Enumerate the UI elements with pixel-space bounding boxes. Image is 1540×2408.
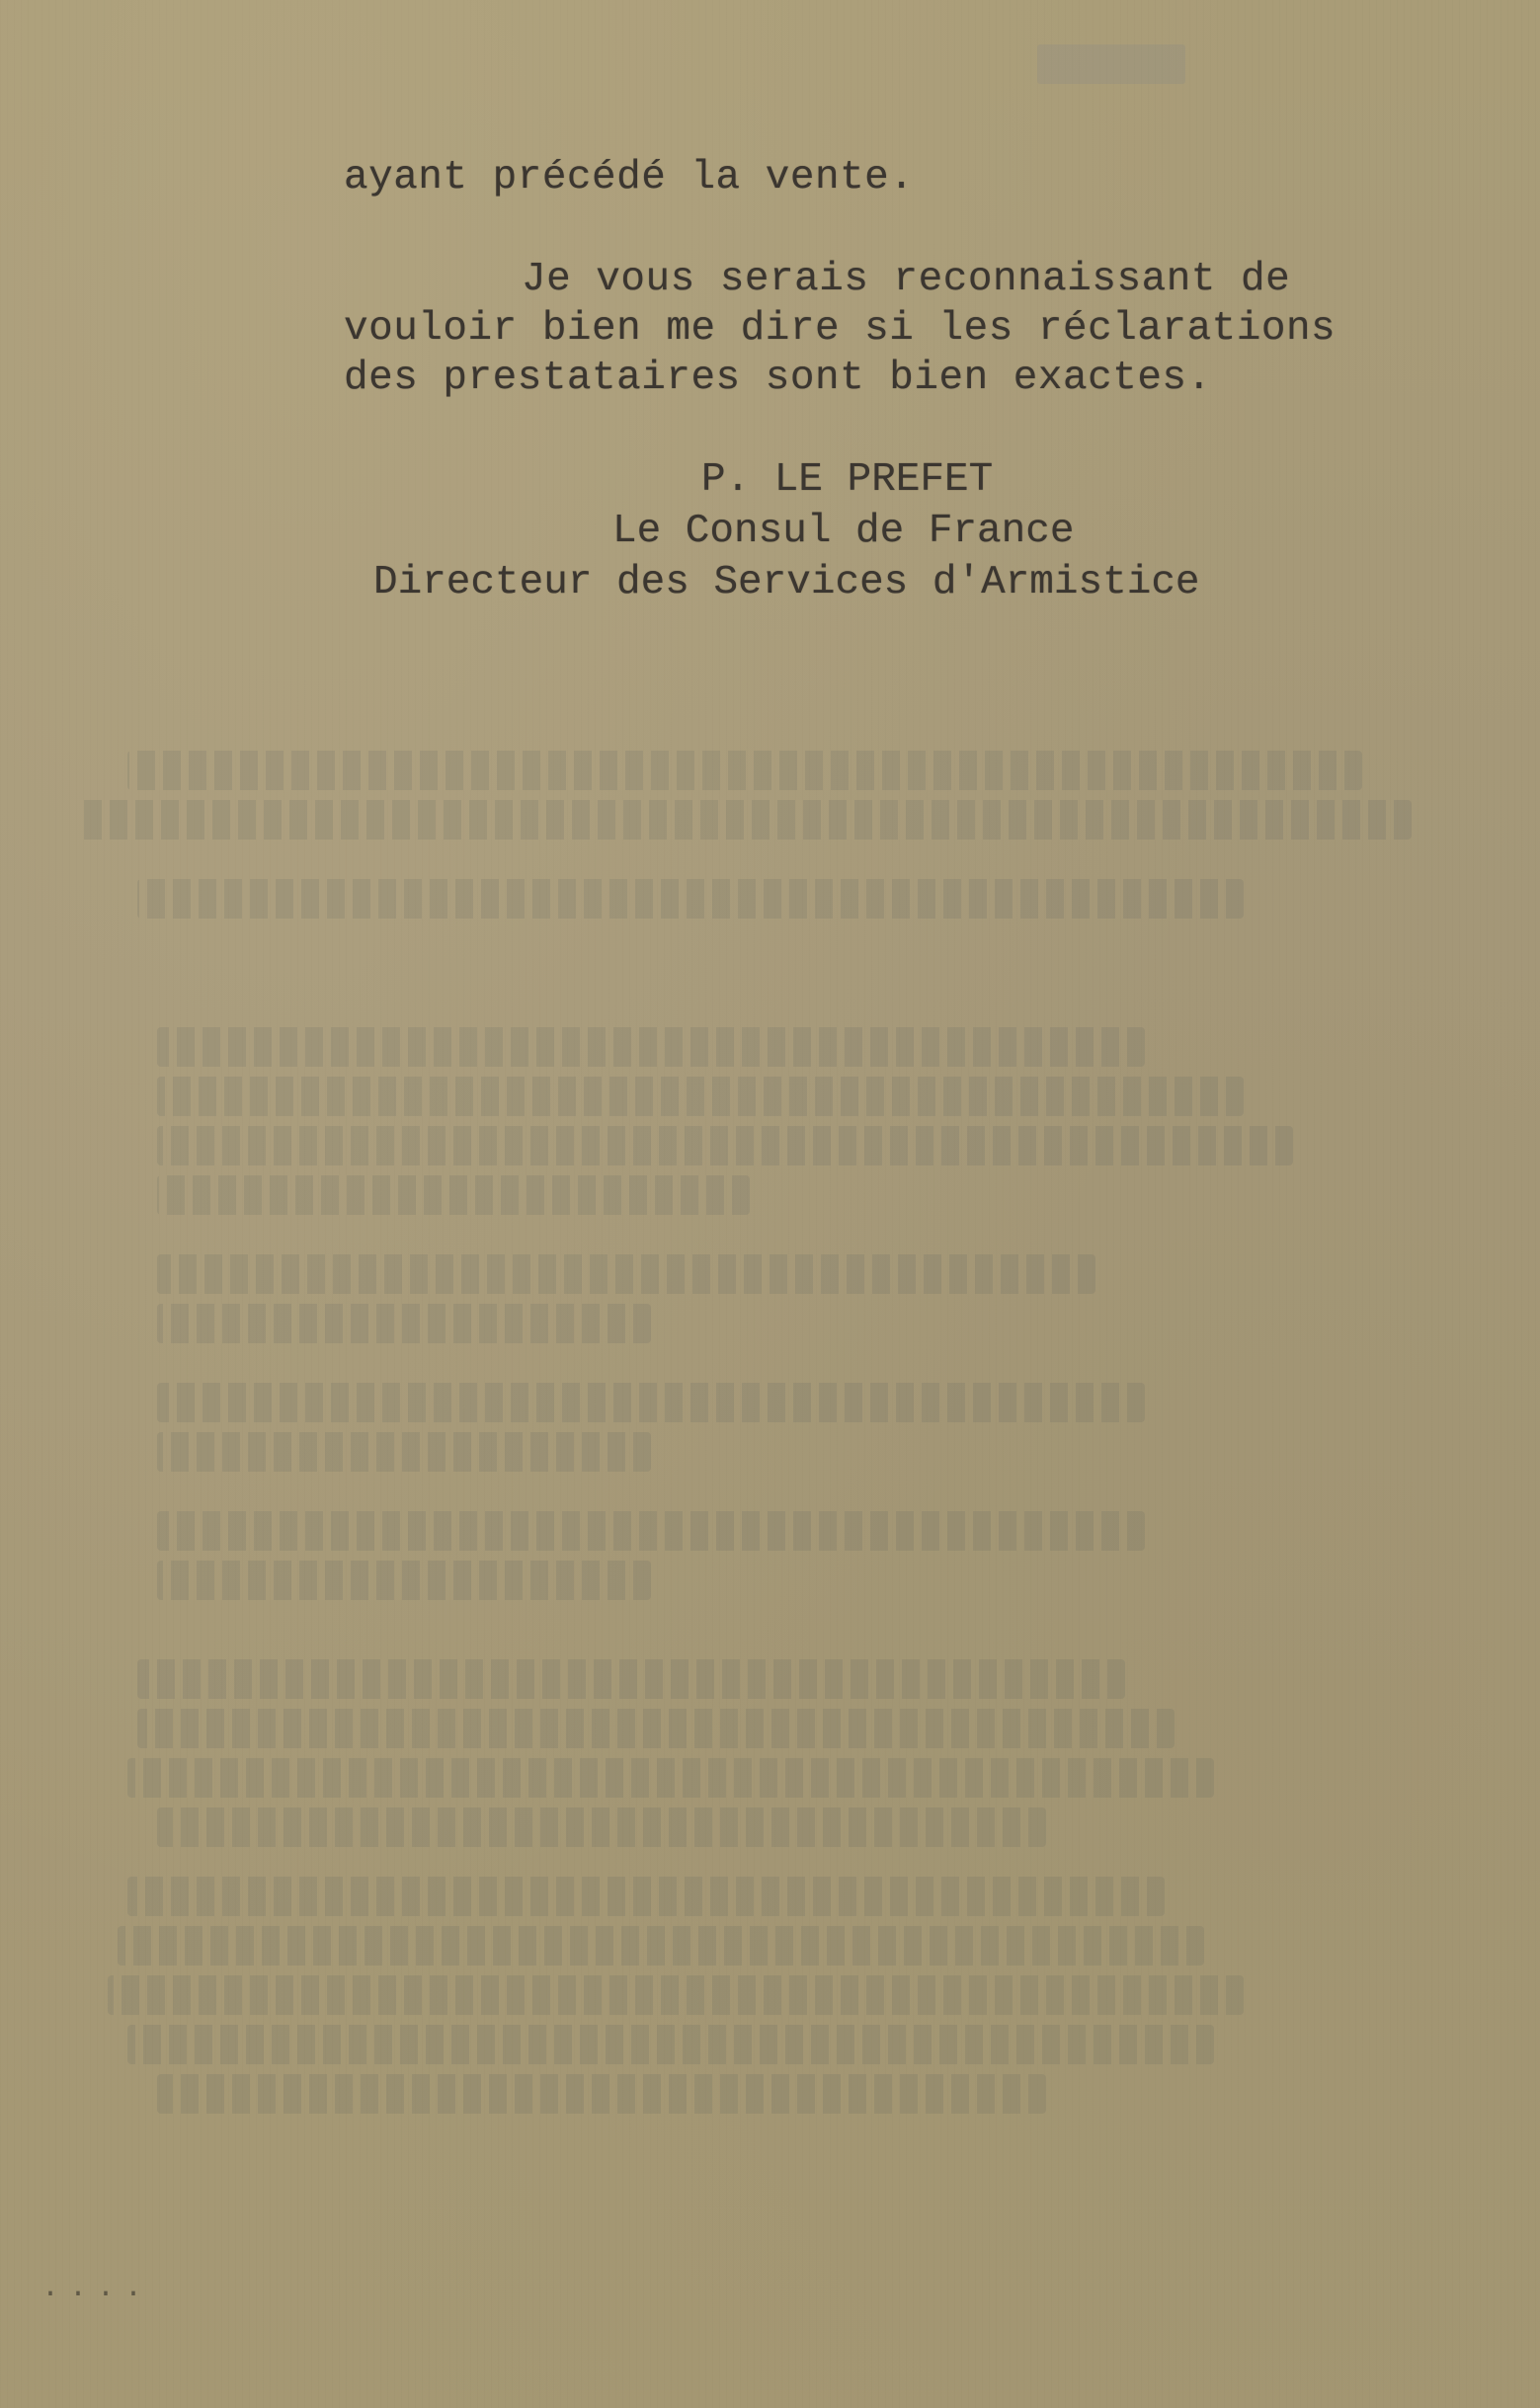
bleed-line [157, 1383, 1145, 1422]
bleed-line [108, 1975, 1244, 2015]
bleed-line [127, 1758, 1214, 1798]
bleed-line [157, 1432, 651, 1472]
scanned-document-page: ayant précédé la vente. Je vous serais r… [0, 0, 1540, 2408]
bleed-line [157, 1807, 1046, 1847]
bleed-line [157, 1561, 651, 1600]
bleed-line [137, 1709, 1175, 1748]
bleed-line [127, 751, 1362, 790]
bleed-line [157, 1126, 1293, 1165]
reverse-side-bleed-through [0, 731, 1540, 2212]
bleed-line [157, 2074, 1046, 2114]
bleed-line [127, 2025, 1214, 2064]
continuation-dots: .... [41, 2272, 152, 2305]
bleed-line [157, 1027, 1145, 1067]
bleed-line [78, 800, 1412, 840]
bleed-line [157, 1511, 1145, 1551]
body-text-line: des prestataires sont bien exactes. [344, 354, 1212, 403]
signature-line-directeur: Directeur des Services d'Armistice [373, 557, 1200, 608]
bleed-line [157, 1077, 1244, 1116]
signature-line-consul: Le Consul de France [612, 506, 1074, 557]
bleed-line [137, 879, 1244, 919]
bleed-line [157, 1254, 1095, 1294]
body-text-line: vouloir bien me dire si les réclarations [344, 304, 1336, 354]
bleed-line [118, 1926, 1204, 1966]
signature-line-prefet: P. LE PREFET [701, 454, 993, 506]
bleed-line [157, 1304, 651, 1343]
body-text-line: ayant précédé la vente. [344, 153, 914, 202]
bleed-line [137, 1659, 1125, 1699]
bleed-line [127, 1877, 1165, 1916]
body-text-line: Je vous serais reconnaissant de [522, 255, 1290, 304]
faint-stamp-mark [1037, 44, 1185, 84]
bleed-line [157, 1175, 750, 1215]
